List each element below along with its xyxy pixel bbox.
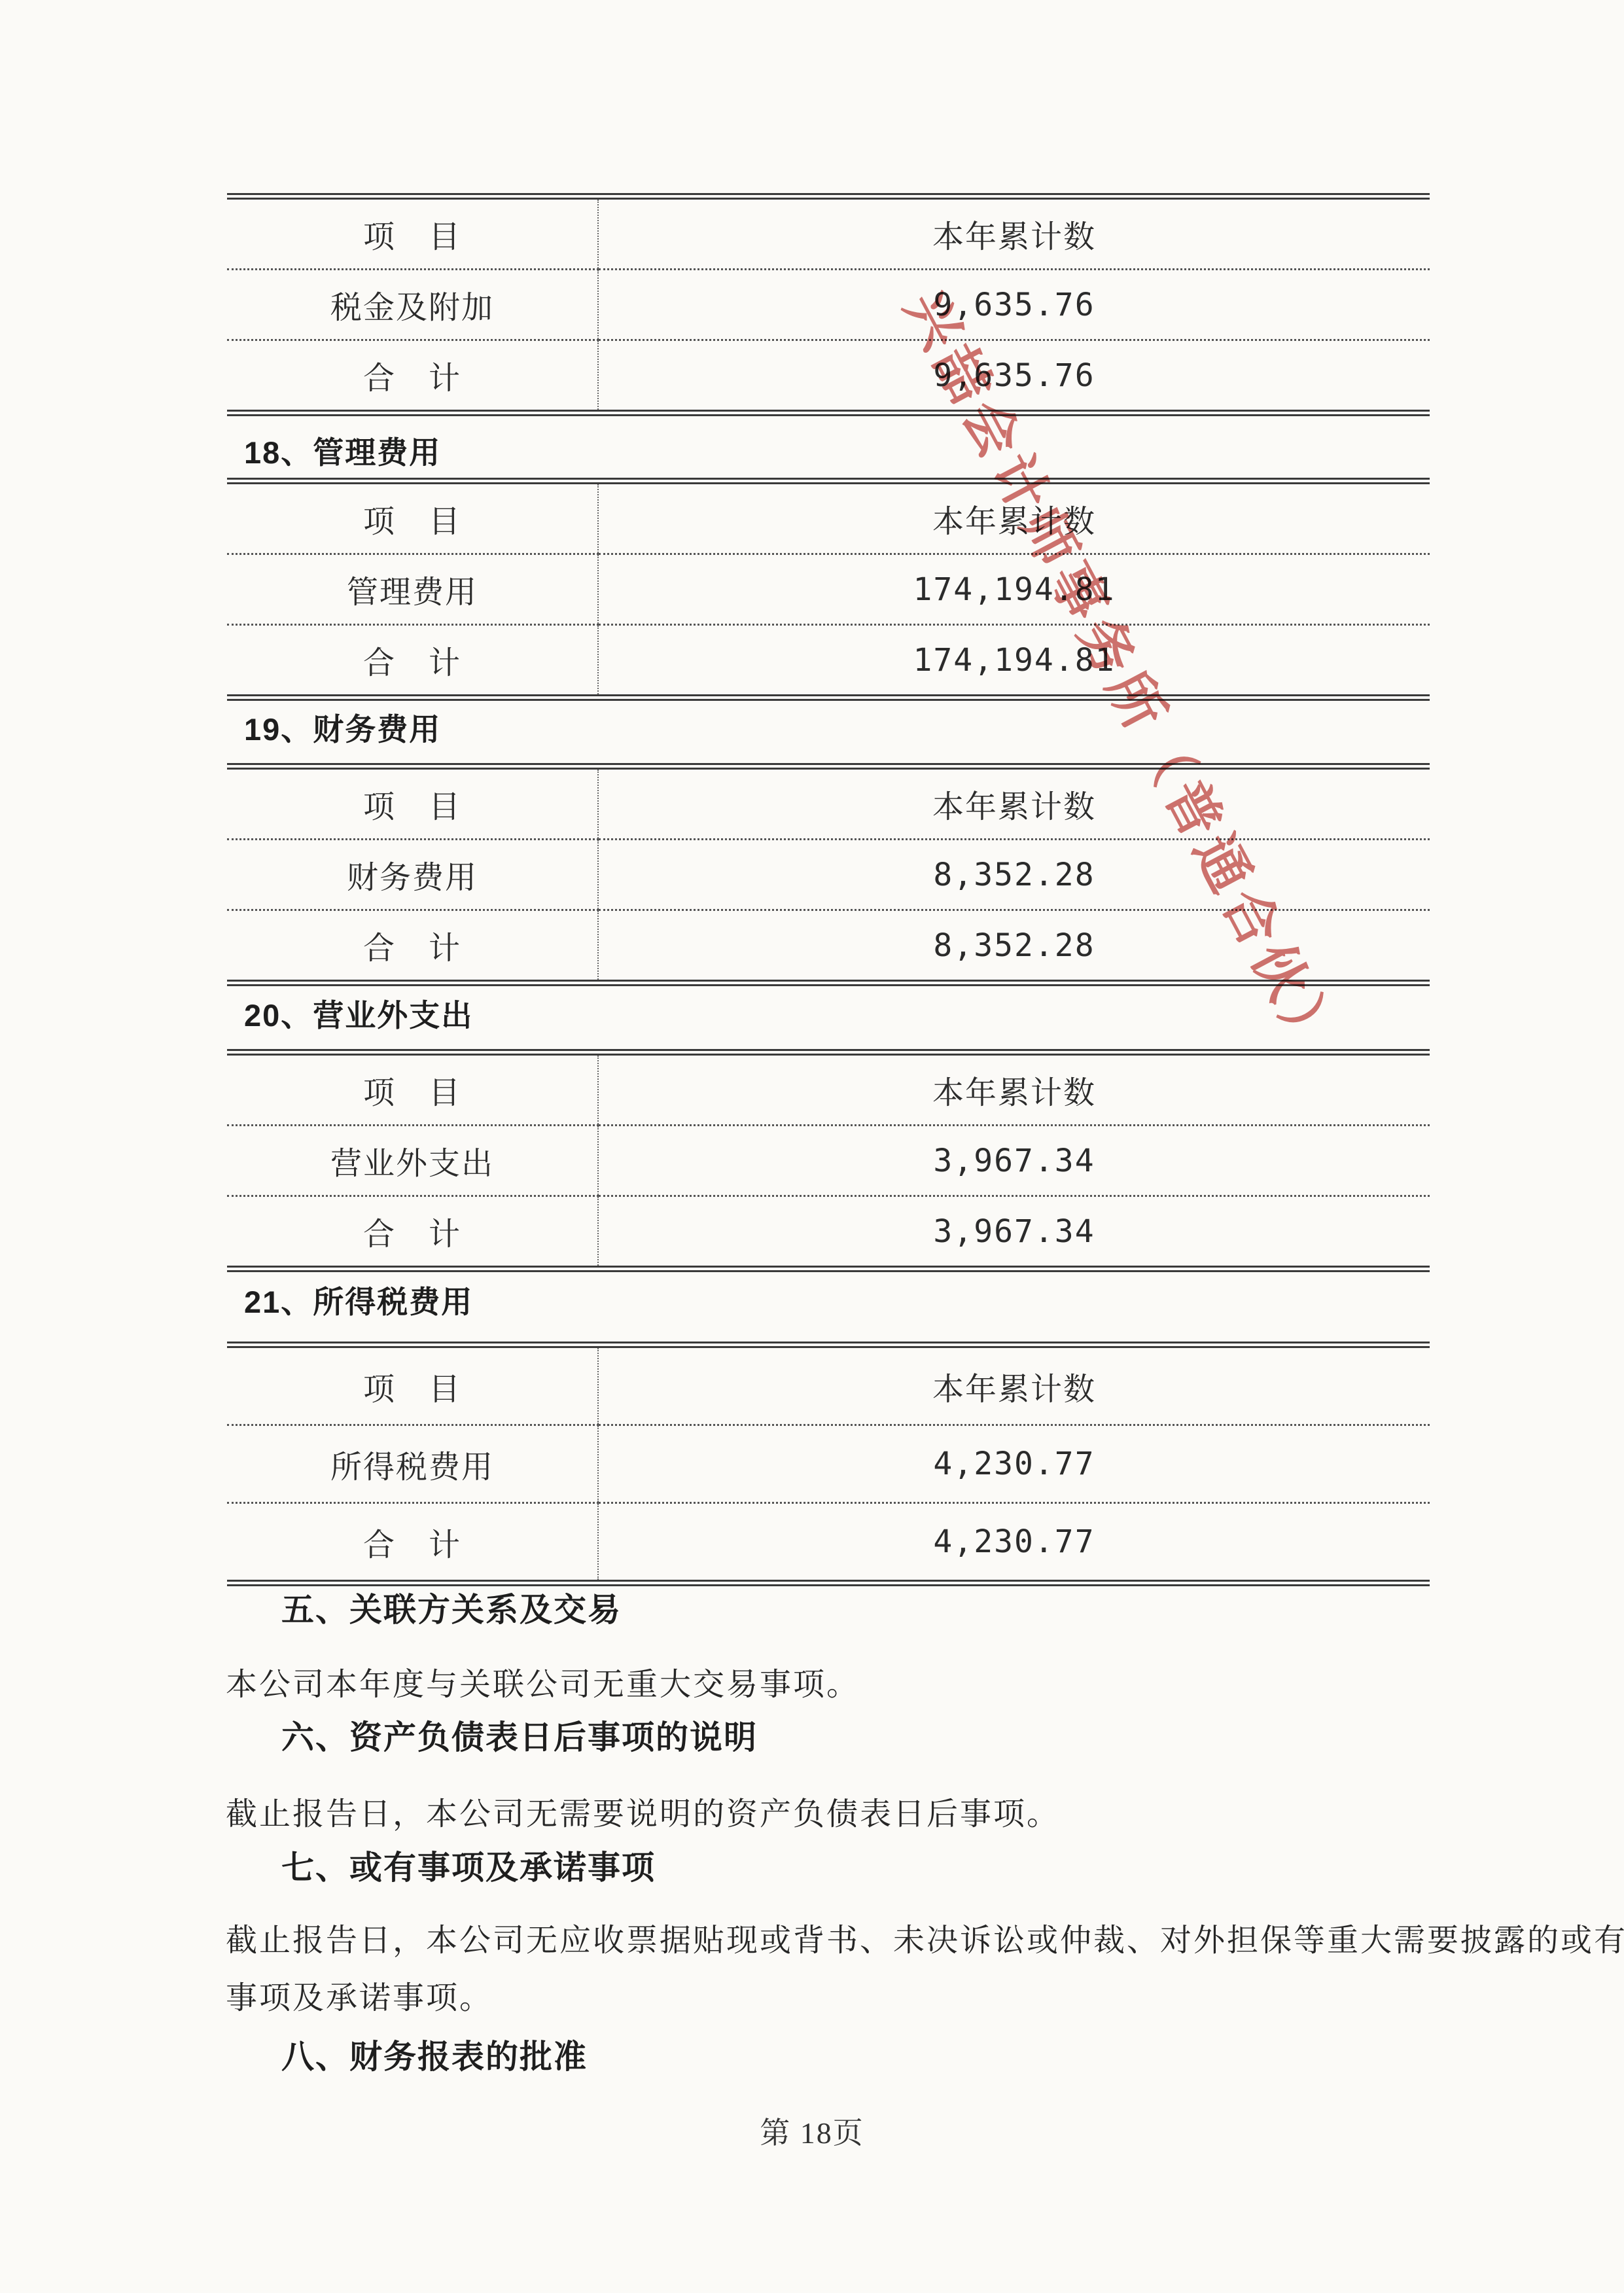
table-header-row: 项 目 本年累计数 <box>227 196 1430 270</box>
item-header-cell: 项 目 <box>227 196 598 270</box>
table-row: 管理费用 174,194.81 <box>227 554 1430 625</box>
row-label-cell: 财务费用 <box>227 840 598 910</box>
section-heading-19: 19、财务费用 <box>244 713 441 746</box>
section-heading-18: 18、管理费用 <box>244 436 441 469</box>
row-value-cell: 9,635.76 <box>598 270 1430 340</box>
audit-report-page: 兴喆会计师事务所（普通合伙） 项 目 本年累计数 税金及附加 9,635.76 … <box>0 0 1624 2293</box>
note-heading-7: 七、或有事项及承诺事项 <box>281 1851 656 1884</box>
table-total-row: 合 计 4,230.77 <box>227 1503 1430 1584</box>
item-header-cell: 项 目 <box>227 1345 598 1425</box>
note-heading-5: 五、关联方关系及交易 <box>281 1593 622 1626</box>
table-row: 所得税费用 4,230.77 <box>227 1425 1430 1503</box>
row-value-cell: 174,194.81 <box>598 625 1430 698</box>
table-header-row: 项 目 本年累计数 <box>227 1345 1430 1425</box>
page-number: 第 18页 <box>0 2109 1624 2152</box>
row-value-cell: 3,967.34 <box>598 1196 1430 1270</box>
row-value-cell: 3,967.34 <box>598 1126 1430 1196</box>
table-total-row: 合 计 174,194.81 <box>227 625 1430 698</box>
note-heading-6: 六、资产负债表日后事项的说明 <box>281 1721 758 1754</box>
item-header-cell: 项 目 <box>227 766 598 840</box>
row-label-cell: 税金及附加 <box>227 270 598 340</box>
section-heading-20: 20、营业外支出 <box>244 999 473 1032</box>
row-value-cell: 4,230.77 <box>598 1425 1430 1503</box>
note-paragraph: 截止报告日，本公司无应收票据贴现或背书、未决诉讼或仲裁、对外担保等重大需要披露的… <box>226 1912 1624 2027</box>
row-value-cell: 174,194.81 <box>598 554 1430 625</box>
tax-and-surcharges-table: 项 目 本年累计数 税金及附加 9,635.76 合 计 9,635.76 <box>227 193 1430 416</box>
row-value-cell: 8,352.28 <box>598 840 1430 910</box>
non-operating-expenses-table: 项 目 本年累计数 营业外支出 3,967.34 合 计 3,967.34 <box>227 1049 1430 1272</box>
row-value-cell: 4,230.77 <box>598 1503 1430 1584</box>
item-header-cell: 项 目 <box>227 481 598 554</box>
table-row: 税金及附加 9,635.76 <box>227 270 1430 340</box>
row-label-cell: 所得税费用 <box>227 1425 598 1503</box>
section-heading-21: 21、所得税费用 <box>244 1286 473 1319</box>
table-total-row: 合 计 3,967.34 <box>227 1196 1430 1270</box>
row-label-cell: 合 计 <box>227 1503 598 1584</box>
row-label-cell: 合 计 <box>227 340 598 414</box>
table-total-row: 合 计 9,635.76 <box>227 340 1430 414</box>
table-header-row: 项 目 本年累计数 <box>227 1052 1430 1126</box>
note-paragraph-line: 事项及承诺事项。 <box>226 1970 1624 2027</box>
row-label-cell: 营业外支出 <box>227 1126 598 1196</box>
amount-header-cell: 本年累计数 <box>598 196 1430 270</box>
note-paragraph-line: 截止报告日，本公司无应收票据贴现或背书、未决诉讼或仲裁、对外担保等重大需要披露的… <box>226 1912 1624 1970</box>
row-label-cell: 合 计 <box>227 1196 598 1270</box>
row-label-cell: 合 计 <box>227 910 598 984</box>
note-paragraph: 本公司本年度与关联公司无重大交易事项。 <box>226 1669 860 1701</box>
note-paragraph: 截止报告日，本公司无需要说明的资产负债表日后事项。 <box>226 1798 1060 1831</box>
table-header-row: 项 目 本年累计数 <box>227 481 1430 554</box>
amount-header-cell: 本年累计数 <box>598 1345 1430 1425</box>
row-label-cell: 合 计 <box>227 625 598 698</box>
admin-expenses-table: 项 目 本年累计数 管理费用 174,194.81 合 计 174,194.81 <box>227 478 1430 701</box>
table-row: 营业外支出 3,967.34 <box>227 1126 1430 1196</box>
note-heading-8: 八、财务报表的批准 <box>281 2040 588 2073</box>
row-label-cell: 管理费用 <box>227 554 598 625</box>
amount-header-cell: 本年累计数 <box>598 766 1430 840</box>
income-tax-expenses-table: 项 目 本年累计数 所得税费用 4,230.77 合 计 4,230.77 <box>227 1342 1430 1586</box>
item-header-cell: 项 目 <box>227 1052 598 1126</box>
